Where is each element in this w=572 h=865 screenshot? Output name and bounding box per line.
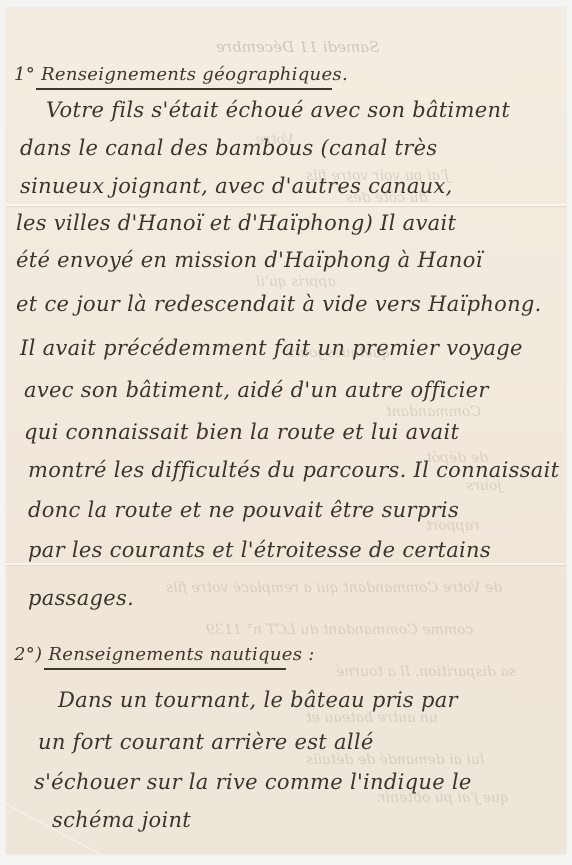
text-line: un fort courant arrière est allé — [38, 730, 374, 754]
paper-fold — [6, 204, 566, 206]
text-line: qui connaissait bien la route et lui ava… — [24, 420, 459, 444]
paper-fold — [6, 563, 566, 565]
text-line: Dans un tournant, le bâteau pris par — [58, 688, 458, 712]
heading-underline — [44, 668, 286, 670]
bleed-through-text: un autre bateau et — [306, 710, 438, 726]
text-line: les villes d'Hanoï et d'Haïphong) Il ava… — [16, 211, 456, 235]
bleed-through-text: appris qu'il — [256, 274, 336, 290]
text-line: sinueux joignant, avec d'autres canaux, — [20, 174, 453, 198]
text-line: montré les difficultés du parcours. Il c… — [28, 458, 559, 482]
text-line: été envoyé en mission d'Haïphong à Hanoï — [16, 248, 483, 272]
heading-underline — [36, 88, 332, 90]
section-heading-nautical: 2°) Renseignements nautiques : — [14, 644, 315, 665]
bleed-through-text: de Votre Commandant qui a remplacé votre… — [166, 580, 502, 596]
bleed-through-text: sa disparition. Il a tourné — [336, 664, 516, 680]
faint-date-header: Samedi 11 Décembre — [216, 38, 379, 56]
letter-page: Samedi 11 Décembre Votre J'ai pu voir vo… — [6, 8, 566, 854]
text-line: s'échouer sur la rive comme l'indique le — [34, 770, 472, 794]
text-line: par les courants et l'étroitesse de cert… — [28, 538, 491, 562]
bleed-through-text: comme Commandant du LCT n° 1139 — [206, 622, 473, 638]
bleed-through-text: Commandant — [386, 404, 481, 420]
text-line: avec son bâtiment, aidé d'un autre offic… — [24, 378, 489, 402]
bleed-through-text: lui ai demandé de détails — [306, 752, 484, 768]
section-heading-geographic: 1° Renseignements géographiques. — [14, 64, 348, 85]
text-line: passages. — [28, 586, 134, 610]
text-line: donc la route et ne pouvait être surpris — [28, 498, 459, 522]
text-line: dans le canal des bambous (canal très — [20, 136, 437, 160]
text-line: schéma joint — [52, 808, 191, 832]
text-line: Votre fils s'était échoué avec son bâtim… — [46, 98, 510, 122]
text-line: Il avait précédemment fait un premier vo… — [20, 336, 523, 360]
text-line: et ce jour là redescendait à vide vers H… — [16, 292, 542, 316]
